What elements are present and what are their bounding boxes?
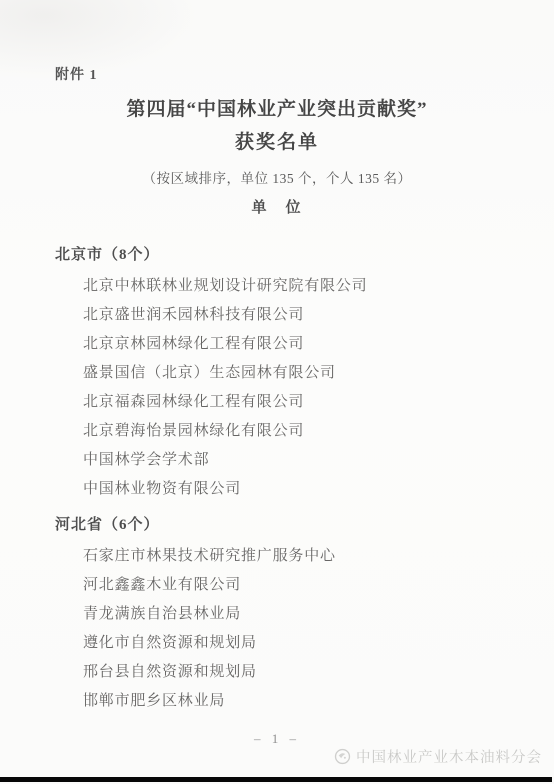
region-header: 北京市（8个）	[55, 245, 554, 265]
unit-item: 邢台县自然资源和规划局	[83, 663, 554, 682]
document-subtitle: （按区域排序，单位 135 个，个人 135 名）	[0, 167, 554, 187]
association-logo-icon	[334, 748, 351, 765]
unit-list: 北京中林联林业规划设计研究院有限公司北京盛世润禾园林科技有限公司北京京林园林绿化…	[83, 277, 554, 499]
bottom-bar	[0, 777, 552, 782]
unit-item: 北京碧海怡景园林绿化有限公司	[83, 422, 554, 441]
unit-item: 中国林业物资有限公司	[83, 480, 554, 499]
unit-item: 中国林学会学术部	[83, 451, 554, 470]
title-line-2: 获奖名单	[0, 129, 554, 157]
attachment-label: 附件 1	[55, 64, 98, 84]
document-title: 第四届“中国林业产业突出贡献奖” 获奖名单 （按区域排序，单位 135 个，个人…	[0, 96, 554, 187]
unit-item: 北京中林联林业规划设计研究院有限公司	[83, 277, 554, 296]
unit-item: 邯郸市肥乡区林业局	[83, 692, 554, 711]
unit-item: 石家庄市林果技术研究推广服务中心	[83, 547, 554, 566]
footer-watermark: 中国林业产业木本油料分会	[334, 746, 542, 767]
region-header: 河北省（6个）	[55, 515, 554, 535]
unit-item: 北京盛世润禾园林科技有限公司	[83, 306, 554, 325]
unit-item: 青龙满族自治县林业局	[83, 605, 554, 624]
watermark-text: 中国林业产业木本油料分会	[356, 746, 542, 767]
unit-item: 北京福森园林绿化工程有限公司	[83, 393, 554, 412]
regions-container: 北京市（8个）北京中林联林业规划设计研究院有限公司北京盛世润禾园林科技有限公司北…	[0, 245, 554, 727]
section-heading-units: 单 位	[0, 196, 554, 217]
unit-item: 遵化市自然资源和规划局	[83, 634, 554, 653]
unit-item: 北京京林园林绿化工程有限公司	[83, 335, 554, 354]
unit-item: 河北鑫鑫木业有限公司	[83, 576, 554, 595]
document-page: 附件 1 第四届“中国林业产业突出贡献奖” 获奖名单 （按区域排序，单位 135…	[0, 0, 554, 784]
page-number: – 1 –	[0, 731, 554, 747]
unit-item: 盛景国信（北京）生态园林有限公司	[83, 364, 554, 383]
title-line-1: 第四届“中国林业产业突出贡献奖”	[0, 96, 554, 124]
unit-list: 石家庄市林果技术研究推广服务中心河北鑫鑫木业有限公司青龙满族自治县林业局遵化市自…	[83, 547, 554, 711]
